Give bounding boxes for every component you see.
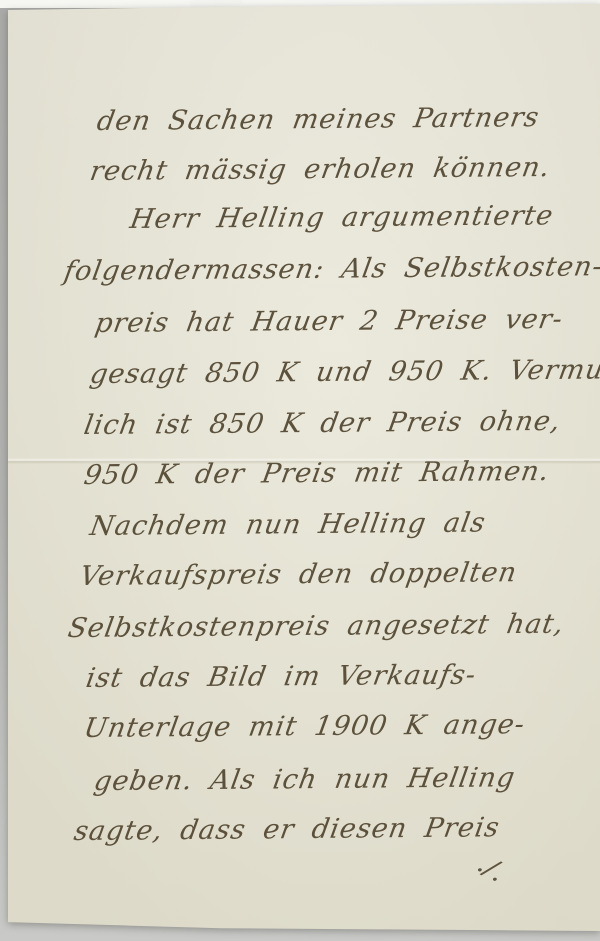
handwritten-line: preis hat Hauer 2 Preise ver- — [93, 306, 565, 337]
handwritten-line: geben. Als ich nun Helling — [92, 764, 517, 795]
handwritten-line: Verkaufspreis den doppelten — [78, 559, 519, 590]
handwritten-line: Selbstkostenpreis angesetzt hat, — [66, 611, 566, 642]
handwritten-line: recht mässig erholen können. — [88, 154, 552, 185]
handwritten-line: sagte, dass er diesen Preis — [72, 814, 502, 845]
letter-paper: den Sachen meines Partners recht mässig … — [8, 3, 600, 931]
letter-page: den Sachen meines Partners recht mässig … — [0, 0, 600, 941]
handwritten-line: Nachdem nun Helling als — [88, 510, 488, 540]
handwritten-line: 950 K der Preis mit Rahmen. — [82, 458, 552, 489]
handwritten-line: ist das Bild im Verkaufs- — [84, 662, 478, 692]
photograph-backdrop: den Sachen meines Partners recht mässig … — [0, 0, 600, 941]
handwritten-line: Herr Helling argumentierte — [128, 202, 556, 233]
handwritten-line: folgendermassen: Als Selbstkosten- — [62, 253, 600, 285]
handwritten-line: gesagt 850 K und 950 K. Vermut- — [88, 356, 600, 388]
handwritten-line: lich ist 850 K der Preis ohne, — [82, 408, 563, 439]
handwritten-line: den Sachen meines Partners — [95, 104, 541, 135]
handwritten-line: Unterlage mit 1900 K ange- — [82, 711, 527, 742]
continuation-mark: ./. — [472, 848, 511, 888]
